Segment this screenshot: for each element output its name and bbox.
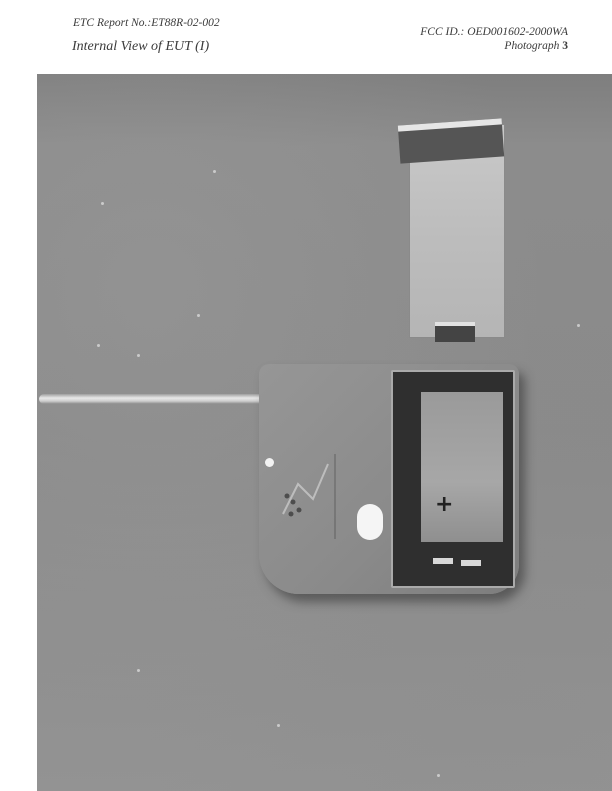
report-number: ETC Report No.:ET88R-02-002 xyxy=(73,17,220,29)
carpet-speck xyxy=(137,354,140,357)
photograph-label: Photograph 3 xyxy=(504,40,568,52)
photograph-number: 3 xyxy=(562,40,568,52)
battery-cover-tab xyxy=(435,322,475,342)
battery-contact xyxy=(433,558,453,564)
battery-cover-clip xyxy=(398,118,504,163)
antenna xyxy=(39,394,267,404)
carpet-speck xyxy=(577,324,580,327)
page-title: Internal View of EUT (I) xyxy=(72,39,209,55)
battery-contact xyxy=(461,560,481,566)
carpet-speck xyxy=(197,314,200,317)
carpet-speck xyxy=(277,724,280,727)
fcc-id: FCC ID.: OED001602-2000WA xyxy=(420,26,568,38)
device-button xyxy=(357,504,383,540)
carpet-speck xyxy=(137,669,140,672)
carpet-speck xyxy=(101,202,104,205)
logo-graphic xyxy=(273,444,343,544)
photograph-label-text: Photograph xyxy=(504,40,559,52)
indicator-led xyxy=(265,458,274,467)
carpet-speck xyxy=(437,774,440,777)
battery-compartment-floor xyxy=(421,392,503,542)
polarity-mark: + xyxy=(435,492,453,517)
carpet-speck xyxy=(213,170,216,173)
eut-internal-photo: + xyxy=(37,74,612,791)
carpet-speck xyxy=(97,344,100,347)
